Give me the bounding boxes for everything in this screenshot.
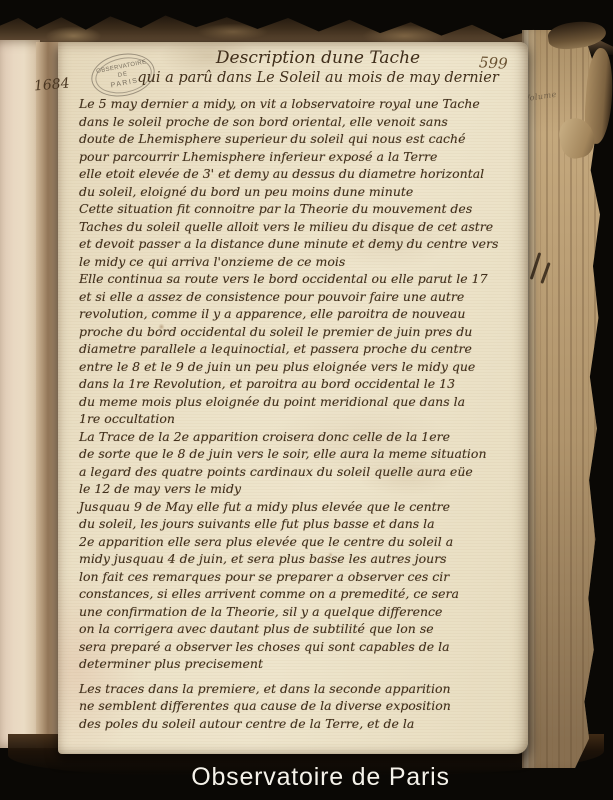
manuscript-line: a legard des quatre points cardinaux du … — [79, 463, 521, 481]
manuscript-line: le 12 de may vers le midy — [79, 480, 521, 498]
manuscript-line: du soleil, eloigné du bord un peu moins … — [79, 183, 521, 201]
manuscript-line: une confirmation de la Theorie, sil y a … — [79, 603, 521, 621]
margin-year: 1684 — [33, 75, 70, 94]
manuscript-line: diametre parallele a lequinoctial, et pa… — [79, 340, 521, 358]
manuscript-line: proche du bord occidental du soleil le p… — [79, 323, 521, 341]
manuscript-paragraph: Cette situation fit connoitre par la The… — [79, 200, 521, 270]
manuscript-line: Le 5 may dernier a midy, on vit a lobser… — [79, 95, 521, 113]
manuscript-line: pour parcourrir Lhemisphere inferieur ex… — [79, 148, 521, 166]
manuscript-line: elle etoit elevée de 3' et demy au dessu… — [79, 165, 521, 183]
manuscript-line: dans la 1re Revolution, et paroitra au b… — [79, 375, 521, 393]
archive-caption: Observatoire de Paris — [14, 763, 613, 792]
page-title-line1: Description dune Tache — [98, 48, 538, 68]
manuscript-body: Le 5 may dernier a midy, on vit a lobser… — [79, 95, 521, 732]
page-title-line2: qui a parû dans Le Soleil au mois de may… — [98, 70, 538, 86]
manuscript-line: constances, si elles arrivent comme on a… — [79, 585, 521, 603]
manuscript-page: OBSERVATOIRE DE PARIS Description dune T… — [58, 42, 528, 754]
manuscript-line: sera preparé a observer les choses qui s… — [79, 638, 521, 656]
manuscript-line: du meme mois plus eloignée du point meri… — [79, 393, 521, 411]
manuscript-line: Les traces dans la premiere, et dans la … — [79, 680, 521, 698]
manuscript-line: le midy ce qui arriva l'onzieme de ce mo… — [79, 253, 521, 271]
manuscript-line: La Trace de la 2e apparition croisera do… — [79, 428, 521, 446]
manuscript-line: et si elle a assez de consistence pour p… — [79, 288, 521, 306]
manuscript-line: doute de Lhemisphere superieur du soleil… — [79, 130, 521, 148]
manuscript-line: Taches du soleil quelle alloit vers le m… — [79, 218, 521, 236]
manuscript-paragraph: Le 5 may dernier a midy, on vit a lobser… — [79, 95, 521, 200]
manuscript-line: du soleil, les jours suivants elle fut p… — [79, 515, 521, 533]
manuscript-paragraph: Jusquau 9 de May elle fut a midy plus el… — [79, 498, 521, 673]
manuscript-line: midy jusquau 4 de juin, et sera plus bas… — [79, 550, 521, 568]
manuscript-line: ne semblent differentes qua cause de la … — [79, 697, 521, 715]
edge-note: Volume — [524, 90, 558, 103]
manuscript-line: des poles du soleil autour centre de la … — [79, 715, 521, 733]
folio-number: 599 — [479, 53, 509, 72]
manuscript-line: dans le soleil proche de son bord orient… — [79, 113, 521, 131]
manuscript-line: entre le 8 et le 9 de juin un peu plus e… — [79, 358, 521, 376]
ink-mark — [530, 252, 542, 280]
manuscript-paragraph: La Trace de la 2e apparition croisera do… — [79, 428, 521, 498]
manuscript-line: Cette situation fit connoitre par la The… — [79, 200, 521, 218]
facing-page-edge — [0, 40, 40, 748]
ink-mark — [540, 262, 550, 284]
manuscript-line: revolution, comme il y a apparence, elle… — [79, 305, 521, 323]
manuscript-line: on la corrigera avec dautant plus de sub… — [79, 620, 521, 638]
manuscript-line: 1re occultation — [79, 410, 521, 428]
manuscript-paragraph: Elle continua sa route vers le bord occi… — [79, 270, 521, 428]
manuscript-line: 2e apparition elle sera plus elevée que … — [79, 533, 521, 551]
manuscript-line: Jusquau 9 de May elle fut a midy plus el… — [79, 498, 521, 516]
manuscript-line: determiner plus precisement — [79, 655, 521, 673]
manuscript-line: lon fait ces remarques pour se preparer … — [79, 568, 521, 586]
manuscript-line: Elle continua sa route vers le bord occi… — [79, 270, 521, 288]
manuscript-line: et devoit passer a la distance dune minu… — [79, 235, 521, 253]
manuscript-line: de sorte que le 8 de juin vers le soir, … — [79, 445, 521, 463]
manuscript-paragraph: Les traces dans la premiere, et dans la … — [79, 680, 521, 733]
photograph: Volume OBSERVATOIRE DE PARIS Description… — [0, 0, 613, 800]
